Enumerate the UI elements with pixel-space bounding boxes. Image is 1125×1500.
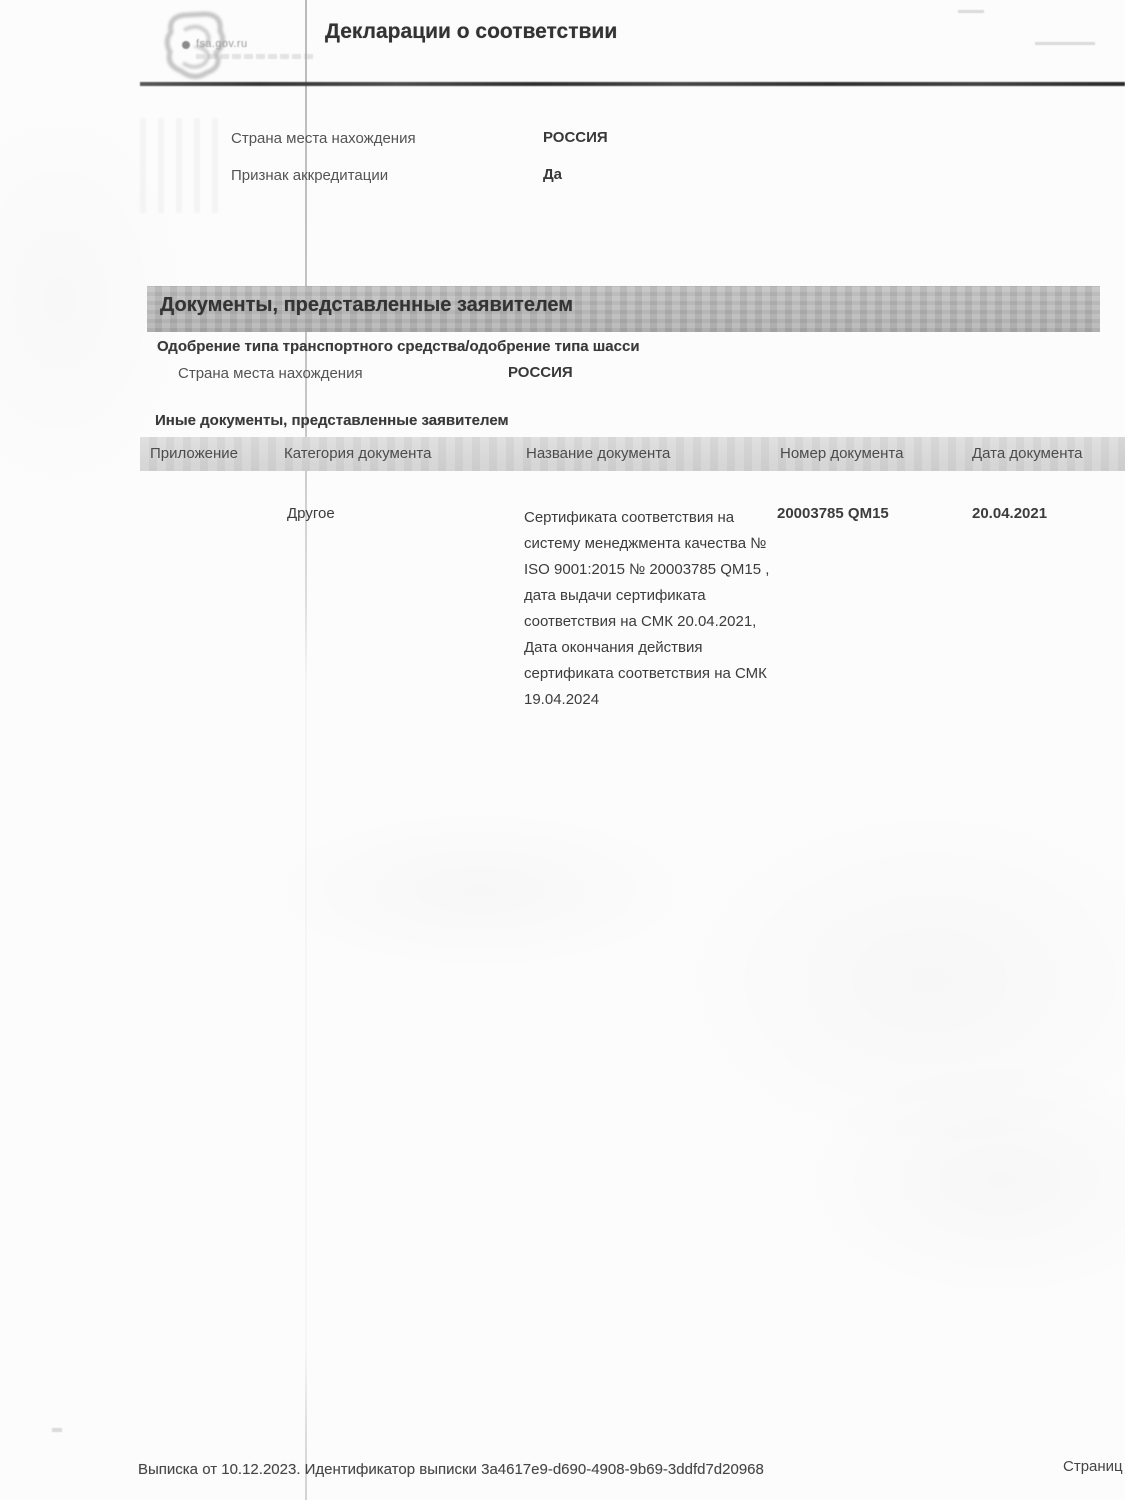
field-label-accreditation: Признак аккредитации bbox=[231, 167, 388, 184]
cell-category: Другое bbox=[287, 505, 335, 522]
section-header-band: Документы, представленные заявителем bbox=[147, 286, 1100, 332]
cell-document-number: 20003785 QM15 bbox=[777, 505, 889, 522]
scan-speck bbox=[958, 10, 984, 13]
logo-tagline-illegible bbox=[196, 54, 314, 59]
scan-streak-artifact bbox=[140, 118, 230, 213]
column-header-number: Номер документа bbox=[780, 445, 903, 462]
subsection-title-other-documents: Иные документы, представленные заявителе… bbox=[155, 412, 509, 429]
field-label-country: Страна места нахождения bbox=[231, 130, 416, 147]
column-header-attachment: Приложение bbox=[150, 445, 238, 462]
scanned-document-page: fsa.gov.ru Декларации о соответствии Стр… bbox=[0, 0, 1125, 1500]
footer-page-label: Страниц bbox=[1063, 1458, 1123, 1475]
cell-document-name: Сертификата соответствия на систему мене… bbox=[524, 505, 770, 713]
section-title: Документы, представленные заявителем bbox=[147, 286, 1100, 317]
logo-site-text: fsa.gov.ru bbox=[196, 38, 248, 50]
scan-speck bbox=[52, 1428, 62, 1432]
column-header-date: Дата документа bbox=[972, 445, 1083, 462]
field-value-country-2: РОССИЯ bbox=[508, 364, 573, 381]
column-header-category: Категория документа bbox=[284, 445, 431, 462]
field-value-accreditation: Да bbox=[543, 166, 562, 183]
scan-fold-line bbox=[305, 0, 307, 1500]
subsection-title-vehicle-approval: Одобрение типа транспортного средства/од… bbox=[157, 338, 640, 355]
scan-speck bbox=[1035, 42, 1095, 45]
field-label-country-2: Страна места нахождения bbox=[178, 365, 363, 382]
footer-extract-info: Выписка от 10.12.2023. Идентификатор вып… bbox=[138, 1461, 764, 1478]
header-divider-rule bbox=[140, 82, 1125, 86]
cell-document-date: 20.04.2021 bbox=[972, 505, 1047, 522]
column-header-name: Название документа bbox=[526, 445, 670, 462]
field-value-country: РОССИЯ bbox=[543, 129, 608, 146]
page-title: Декларации о соответствии bbox=[325, 20, 617, 44]
logo-bullet-icon bbox=[182, 41, 190, 49]
